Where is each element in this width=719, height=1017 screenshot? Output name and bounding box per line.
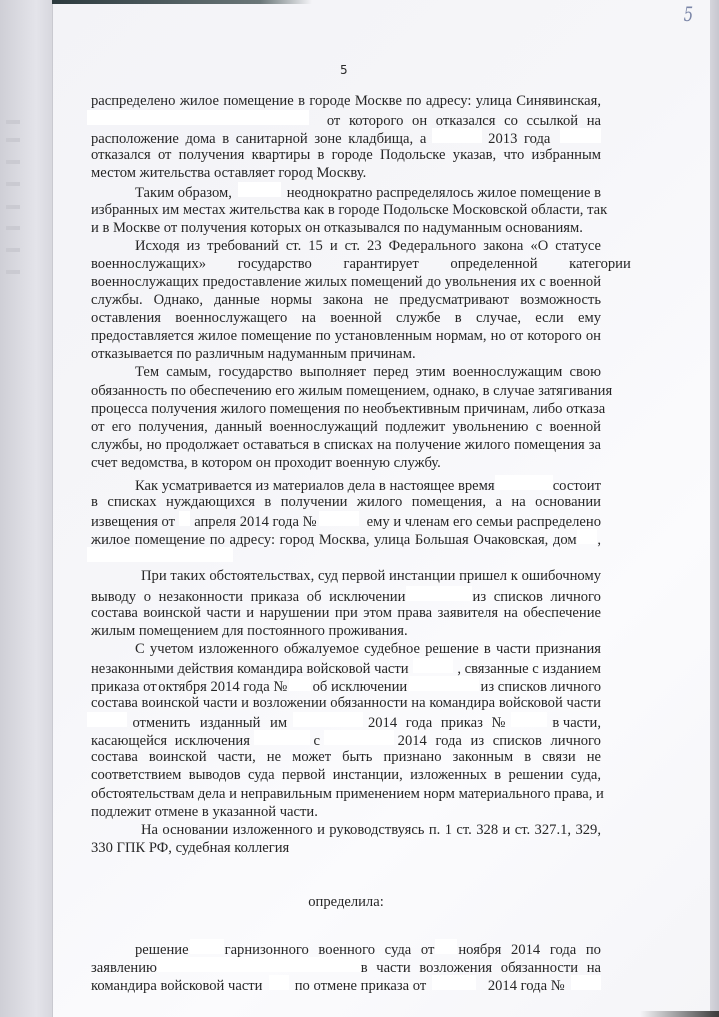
ghost-text-mark: [6, 138, 20, 142]
redacted-text: [560, 128, 601, 143]
text-line: оставления военнослужащего на военной сл…: [91, 309, 601, 327]
text-line: извещения от апреля 2014 года № ему и чл…: [91, 511, 601, 529]
text-line: процесса получения жилого помещения по н…: [91, 400, 601, 418]
redacted-text: [87, 110, 309, 125]
text-line: состава воинской части и нарушении при э…: [91, 604, 601, 622]
text-line: касающейся исключения с 2014 года из спи…: [91, 730, 601, 748]
paragraph-2: Таким образом, неоднократно распределяло…: [91, 182, 601, 236]
redacted-text: [289, 676, 311, 691]
text-line: от его получения, данный военнослужащий …: [91, 418, 601, 436]
text-fragment: в части,: [552, 714, 601, 732]
text-line: соответствием выводов суда первой инстан…: [91, 766, 601, 784]
text-line: выводу о незаконности приказа об исключе…: [91, 586, 601, 604]
text-line: от которого он отказался со ссылкой на: [91, 110, 601, 128]
document-body: распределено жилое помещение в городе Мо…: [91, 92, 601, 993]
redacted-text: [435, 939, 457, 954]
redacted-text: [87, 712, 127, 727]
text-line: обстоятельствам дела и неправильным прим…: [91, 785, 601, 803]
text-fragment: ему и членам его семьи распределено: [367, 513, 601, 531]
text-fragment: 2014 года №: [488, 977, 565, 995]
text-line: жилое помещение по адресу: город Москва,…: [91, 529, 601, 547]
text-line: Тем самым, государство выполняет перед э…: [91, 363, 601, 381]
text-line: местом жительства оставляет город Москву…: [91, 164, 601, 182]
redacted-text: [577, 529, 597, 544]
ghost-text-mark: [6, 270, 20, 274]
redacted-text: [432, 128, 482, 143]
ruling-heading: определила:: [91, 893, 601, 911]
ghost-text-mark: [6, 248, 20, 252]
paragraph-8: На основании изложенного и руководствуяс…: [91, 821, 601, 857]
ghost-text-mark: [6, 120, 20, 124]
redacted-text: [238, 182, 281, 197]
paragraph-7: С учетом изложенного обжалуемое судебное…: [91, 640, 601, 821]
text-line: в списках нуждающихся в получении жилого…: [91, 493, 601, 511]
paragraph-6: При таких обстоятельствах, суд первой ин…: [91, 567, 601, 639]
scan-right-edge: [710, 0, 719, 1017]
text-line: При таких обстоятельствах, суд первой ин…: [91, 567, 601, 585]
text-line: Исходя из требований ст. 15 и ст. 23 Фед…: [91, 237, 601, 255]
text-fragment: Таким образом,: [135, 184, 232, 202]
text-line: жилым помещением для постоянного прожива…: [91, 622, 601, 640]
text-line: предоставляется жилое помещение по устан…: [91, 327, 601, 345]
text-line: состава воинской части, не может быть пр…: [91, 748, 601, 766]
text-fragment: ,: [597, 531, 601, 549]
text-line: отказался от получения квартиры в городе…: [91, 146, 601, 164]
text-line: незаконными действия командира войсковой…: [91, 658, 601, 676]
paragraph-4: Тем самым, государство выполняет перед э…: [91, 363, 601, 472]
page-number: 5: [340, 63, 348, 77]
redacted-text: [511, 712, 547, 727]
redacted-text: [293, 712, 363, 727]
text-line: На основании изложенного и руководствуяс…: [91, 821, 601, 839]
redacted-text: [190, 939, 224, 954]
text-fragment: апреля 2014 года №: [194, 513, 316, 531]
redacted-text: [254, 730, 310, 745]
redacted-text: [157, 957, 361, 972]
text-line: состава воинской части и возложении обяз…: [91, 694, 601, 712]
text-fragment: незаконными действия командира войсковой…: [91, 660, 409, 678]
redacted-text: [269, 975, 289, 990]
text-fragment: из списков личного: [473, 588, 601, 606]
text-line: избранных им местах жительства как в гор…: [91, 201, 601, 219]
ghost-text-mark: [6, 160, 20, 164]
redacted-text: [319, 511, 359, 526]
text-line: [91, 547, 601, 565]
text-line: Как усматривается из материалов дела в н…: [91, 475, 601, 493]
redacted-text: [179, 511, 190, 526]
spacer: [91, 857, 601, 893]
redacted-text: [432, 975, 476, 990]
text-fragment: в части возложения обязанности на: [361, 959, 601, 977]
ghost-text-mark: [6, 205, 20, 209]
text-line: отменить изданный им 2014 года приказ № …: [91, 712, 601, 730]
text-line: отказывается по различным надуманным при…: [91, 345, 601, 363]
paragraph-1: распределено жилое помещение в городе Мо…: [91, 92, 601, 182]
redacted-text: [413, 658, 453, 673]
paragraph-3: Исходя из требований ст. 15 и ст. 23 Фед…: [91, 237, 601, 364]
text-line: и в Москве от получения которых он отказ…: [91, 219, 601, 237]
redacted-text: [409, 676, 479, 691]
text-line: расположение дома в санитарной зоне клад…: [91, 128, 601, 146]
text-line: заявлению в части возложения обязанности…: [91, 957, 601, 975]
paragraph-5: Как усматривается из материалов дела в н…: [91, 475, 601, 565]
ruling-paragraph: решение гарнизонного военного суда от но…: [91, 939, 601, 993]
text-line: 330 ГПК РФ, судебная коллегия: [91, 839, 601, 857]
redacted-text: [571, 975, 601, 990]
ghost-text-mark: [6, 182, 20, 186]
handwritten-page-mark: 5: [684, 2, 694, 26]
text-line: Таким образом, неоднократно распределяло…: [91, 182, 601, 200]
redacted-text: [495, 475, 553, 490]
scan-bottom-shadow: [640, 1011, 719, 1017]
text-line: решение гарнизонного военного суда от но…: [91, 939, 601, 957]
redacted-text: [87, 547, 233, 562]
text-line: обязанность по обеспечению его жилым пом…: [91, 382, 601, 400]
text-line: С учетом изложенного обжалуемое судебное…: [91, 640, 601, 658]
text-fragment: выводу о незаконности приказа об исключе…: [91, 588, 405, 606]
text-line: подлежит отмене в указанной части.: [91, 803, 601, 821]
text-line: счет ведомства, в котором он проходит во…: [91, 454, 601, 472]
text-fragment: неоднократно распределялось жилое помеще…: [287, 184, 601, 202]
redacted-text: [324, 730, 394, 745]
text-fragment: по отмене приказа от: [295, 977, 427, 995]
text-fragment: ноября 2014 года по: [458, 941, 601, 959]
text-fragment: извещения от: [91, 513, 175, 531]
text-line: командира войсковой части по отмене прик…: [91, 975, 601, 993]
text-line: службы. Однако, данные нормы закона не п…: [91, 291, 601, 309]
ghost-text-mark: [6, 226, 20, 230]
text-fragment: командира войсковой части: [91, 977, 263, 995]
text-line: службы, но продолжает оставаться в списк…: [91, 436, 601, 454]
text-line: военнослужащих» государство гарантирует …: [91, 255, 601, 273]
text-line: распределено жилое помещение в городе Мо…: [91, 92, 601, 110]
text-line: приказа от октября 2014 года № об исключ…: [91, 676, 601, 694]
redacted-text: [406, 586, 472, 601]
text-fragment: заявлению: [91, 959, 157, 977]
underlying-page-edge: [0, 0, 52, 1017]
text-line: военнослужащих предоставление жилых поме…: [91, 273, 601, 291]
scan-top-shadow: [52, 0, 312, 4]
